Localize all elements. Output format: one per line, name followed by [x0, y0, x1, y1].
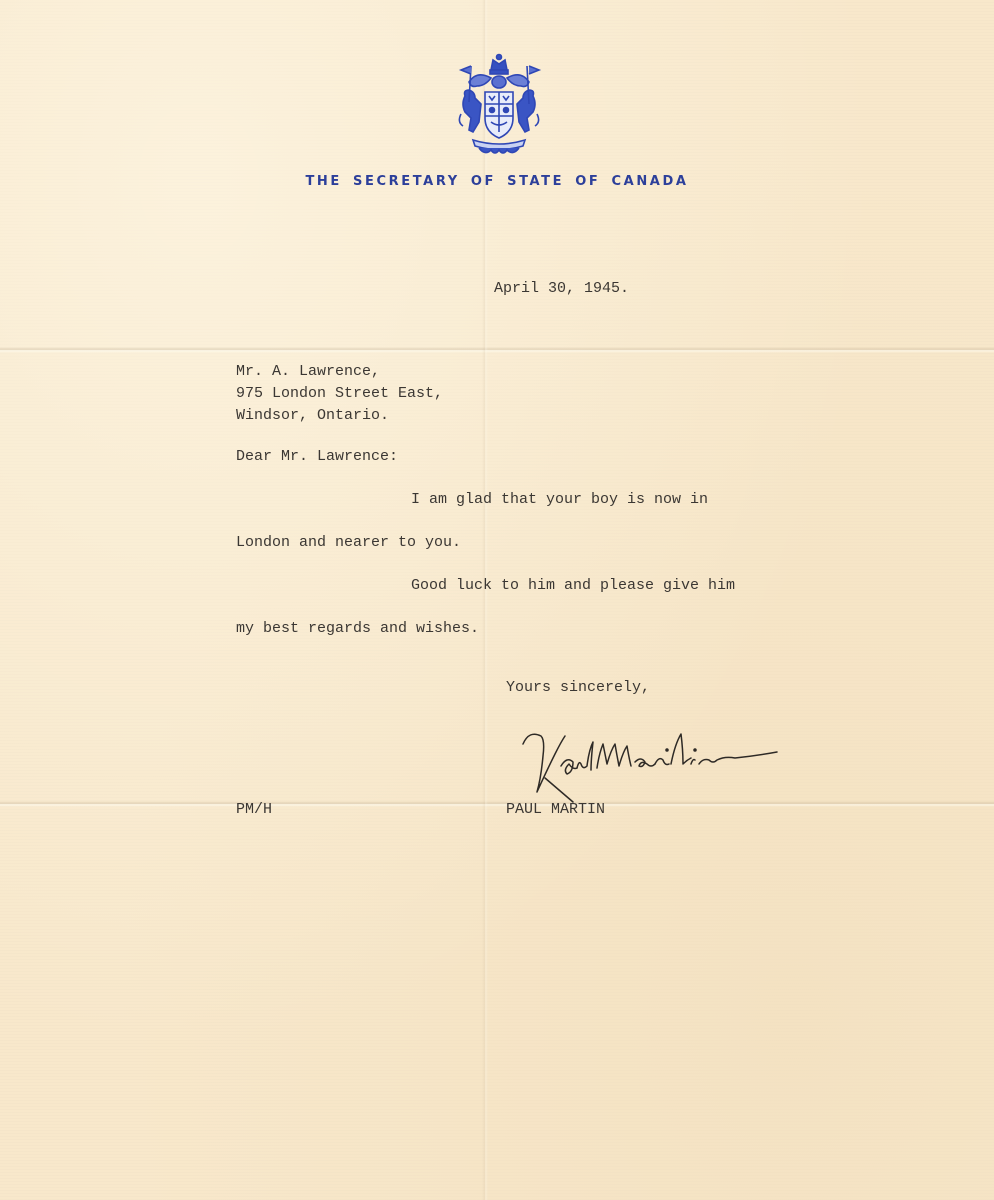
letterhead-title: THE SECRETARY OF STATE OF CANADA [0, 174, 994, 189]
salutation: Dear Mr. Lawrence: [236, 447, 398, 467]
body-line-4: my best regards and wishes. [236, 619, 479, 639]
recipient-name: Mr. A. Lawrence, [236, 362, 380, 382]
horizontal-fold-crease-lower [0, 801, 994, 807]
body-line-2: London and nearer to you. [236, 533, 461, 553]
closing: Yours sincerely, [506, 678, 650, 698]
signatory-name: PAUL MARTIN [506, 800, 605, 820]
recipient-city: Windsor, Ontario. [236, 406, 389, 426]
letter-page: THE SECRETARY OF STATE OF CANADA April 3… [0, 0, 994, 1200]
recipient-street: 975 London Street East, [236, 384, 443, 404]
handwritten-signature-icon [515, 720, 805, 810]
royal-coat-of-arms-icon [455, 52, 543, 157]
reference-initials: PM/H [236, 800, 272, 820]
body-line-3: Good luck to him and please give him [411, 576, 735, 596]
body-line-1: I am glad that your boy is now in [411, 490, 708, 510]
letter-date: April 30, 1945. [494, 279, 629, 299]
horizontal-fold-crease-upper [0, 347, 994, 353]
